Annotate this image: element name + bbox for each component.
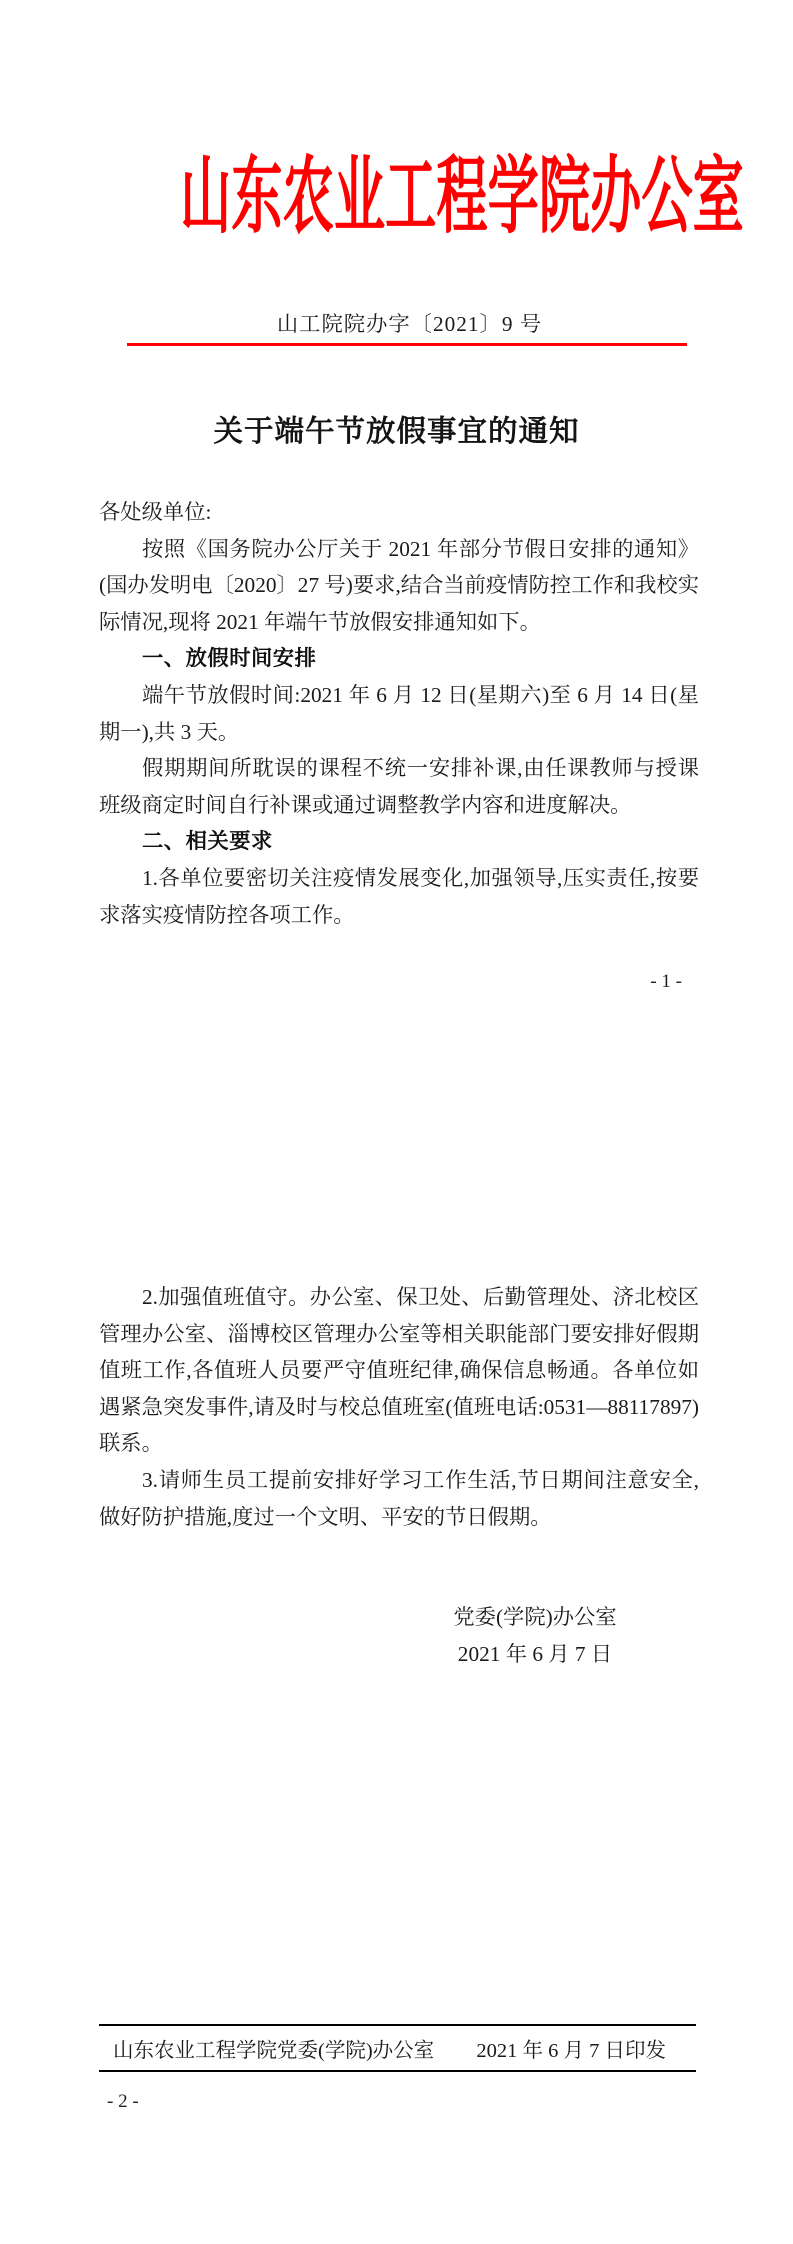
colophon-issuer: 山东农业工程学院党委(学院)办公室 — [113, 2033, 434, 2063]
section-2-heading: 二、相关要求 — [99, 823, 699, 860]
page-2-body: 2.加强值班值守。办公室、保卫处、后勤管理处、济北校区管理办公室、淄博校区管理办… — [99, 1279, 699, 1535]
salutation: 各处级单位: — [99, 494, 699, 531]
document-viewport: 山东农业工程学院办公室 山工院院办字〔2021〕9 号 关于端午节放假事宜的通知… — [0, 0, 793, 2244]
signature-date: 2021 年 6 月 7 日 — [420, 1636, 650, 1673]
section-2-item-1: 1.各单位要密切关注疫情发展变化,加强领导,压实责任,按要求落实疫情防控各项工作… — [99, 860, 699, 933]
letterhead: 山东农业工程学院办公室 — [0, 150, 793, 246]
signature-block: 党委(学院)办公室 2021 年 6 月 7 日 — [420, 1599, 650, 1673]
section-1-paragraph-1: 端午节放假时间:2021 年 6 月 12 日(星期六)至 6 月 14 日(星… — [99, 677, 699, 750]
letterhead-divider-rule — [127, 343, 687, 346]
section-1-paragraph-2: 假期期间所耽误的课程不统一安排补课,由任课教师与授课班级商定时间自行补课或通过调… — [99, 750, 699, 823]
letterhead-title: 山东农业工程学院办公室 — [180, 150, 744, 246]
page-1-number: - 1 - — [650, 970, 682, 994]
section-1-heading: 一、放假时间安排 — [99, 640, 699, 677]
section-2-item-3: 3.请师生员工提前安排好学习工作生活,节日期间注意安全,做好防护措施,度过一个文… — [99, 1462, 699, 1535]
signature-issuer: 党委(学院)办公室 — [420, 1599, 650, 1636]
colophon: 山东农业工程学院党委(学院)办公室 2021 年 6 月 7 日印发 — [99, 2024, 696, 2072]
document-page-2: 2.加强值班值守。办公室、保卫处、后勤管理处、济北校区管理办公室、淄博校区管理办… — [0, 1122, 793, 2244]
colophon-print-date: 2021 年 6 月 7 日印发 — [476, 2033, 666, 2063]
document-page-1: 山东农业工程学院办公室 山工院院办字〔2021〕9 号 关于端午节放假事宜的通知… — [0, 0, 793, 1122]
section-2-item-2: 2.加强值班值守。办公室、保卫处、后勤管理处、济北校区管理办公室、淄博校区管理办… — [99, 1279, 699, 1462]
intro-paragraph: 按照《国务院办公厅关于 2021 年部分节假日安排的通知》(国办发明电〔2020… — [99, 531, 699, 641]
notice-title: 关于端午节放假事宜的通知 — [0, 412, 793, 452]
document-number: 山工院院办字〔2021〕9 号 — [13, 309, 793, 339]
page-2-number: - 2 - — [107, 2090, 139, 2114]
page-1-body: 各处级单位: 按照《国务院办公厅关于 2021 年部分节假日安排的通知》(国办发… — [99, 494, 699, 933]
